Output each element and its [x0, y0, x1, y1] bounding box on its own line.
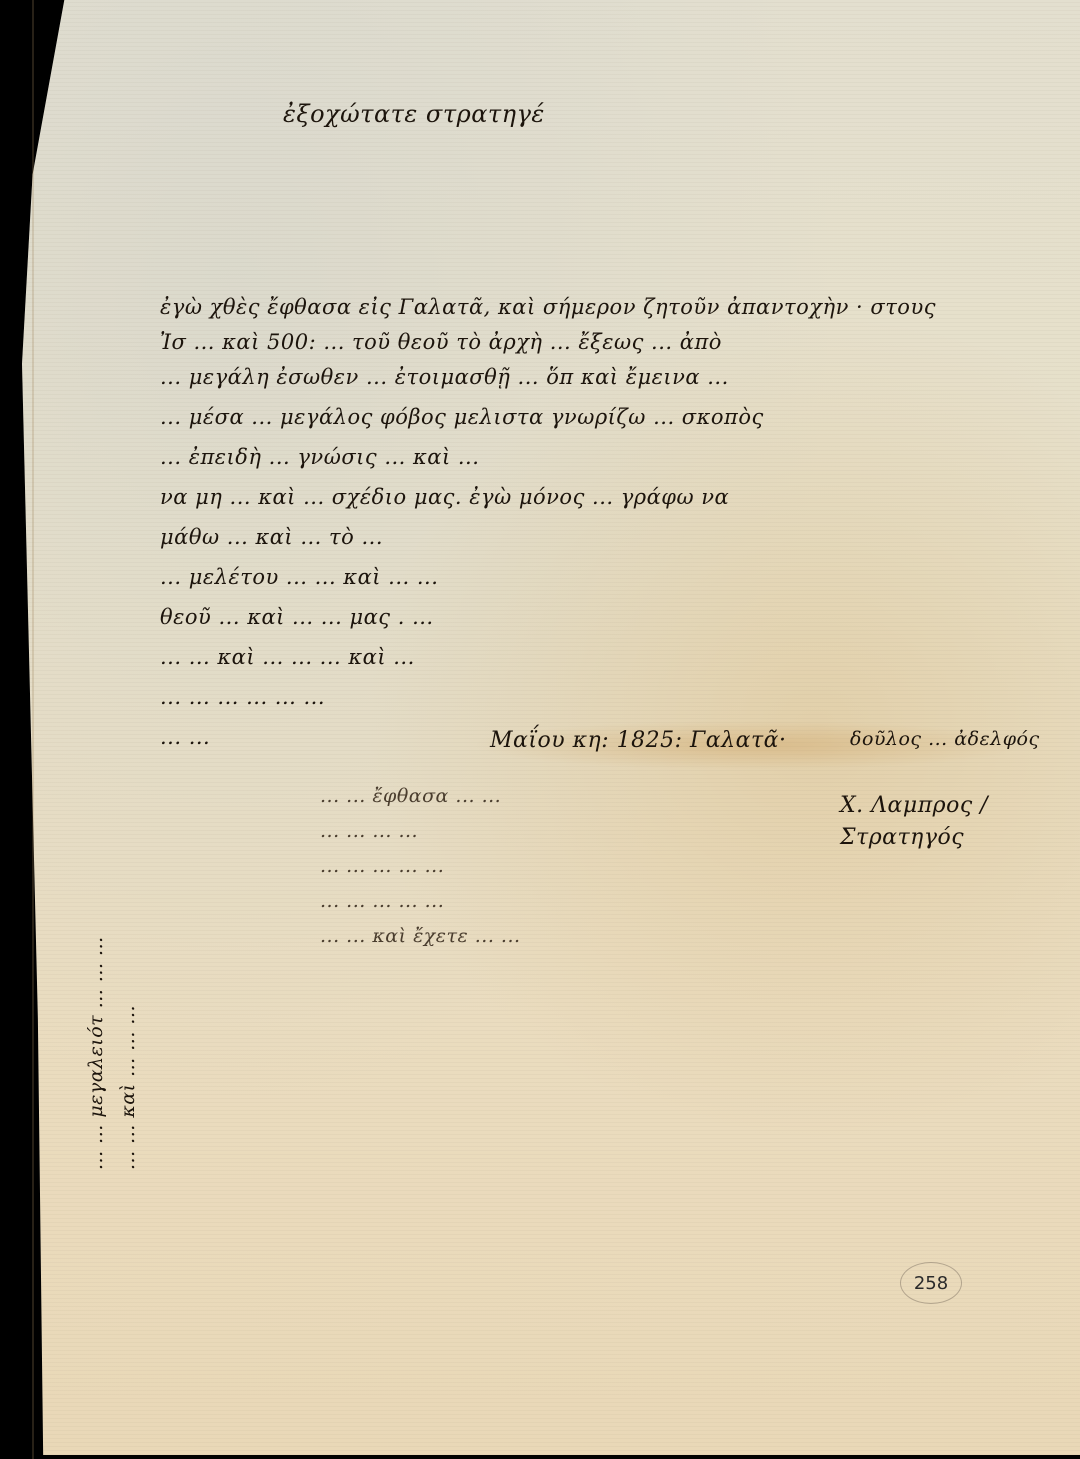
signature: Χ. Λαμπρος / Στρατηγός: [840, 790, 1080, 854]
margin-note-line: ... ... μεγαλειότ ... ... ...: [80, 936, 112, 1170]
archive-number-stamp: 258: [900, 1262, 962, 1304]
body-line: ... ἐπειδὴ ... γνώσις ... καὶ ...: [160, 445, 479, 469]
body-line: ... ... ... ... ... ...: [160, 685, 325, 709]
body-line: ... μελέτου ... ... καὶ ... ...: [160, 565, 438, 589]
body-line: ... ...: [160, 725, 210, 749]
body-line: να μη ... καὶ ... σχέδιο μας. ἐγὼ μόνος …: [160, 485, 729, 509]
postscript-line: ... ... καὶ ἔχετε ... ...: [320, 925, 521, 947]
postscript-line: ... ... ... ...: [320, 820, 418, 842]
date-line: Μαΐου κη: 1825: Γαλατᾶ·: [490, 728, 786, 753]
body-line: μάθω ... καὶ ... τὸ ...: [160, 525, 383, 549]
body-line: ἐγὼ χθὲς ἔφθασα εἰς Γαλατᾶ, καὶ σήμερον …: [160, 295, 936, 319]
margin-note-line: ... ... καὶ ... ... ...: [112, 936, 144, 1170]
margin-note: ... ... μεγαλειότ ... ... ... ... ... κα…: [80, 936, 144, 1170]
postscript-line: ... ... ... ... ...: [320, 890, 444, 912]
body-line: Ἰσ ... καὶ 500: ... τοῦ θεοῦ τὸ ἀρχὴ ...…: [160, 330, 722, 354]
closing: δοῦλος ... ἀδελφός: [850, 728, 1040, 750]
body-line: ... ... καὶ ... ... ... καὶ ...: [160, 645, 415, 669]
body-line: θεοῦ ... καὶ ... ... μας . ...: [160, 605, 434, 629]
body-line: ... μεγάλη ἐσωθεν ... ἐτοιμασθῇ ... ὅπ κ…: [160, 365, 729, 389]
salutation: ἐξοχώτατε στρατηγέ: [283, 100, 545, 128]
postscript-line: ... ... ἔφθασα ... ...: [320, 785, 501, 807]
postscript-line: ... ... ... ... ...: [320, 855, 444, 877]
body-line: ... μέσα ... μεγάλος φόβος μελιστα γνωρί…: [160, 405, 764, 429]
paper-fold-line: [32, 0, 34, 1459]
